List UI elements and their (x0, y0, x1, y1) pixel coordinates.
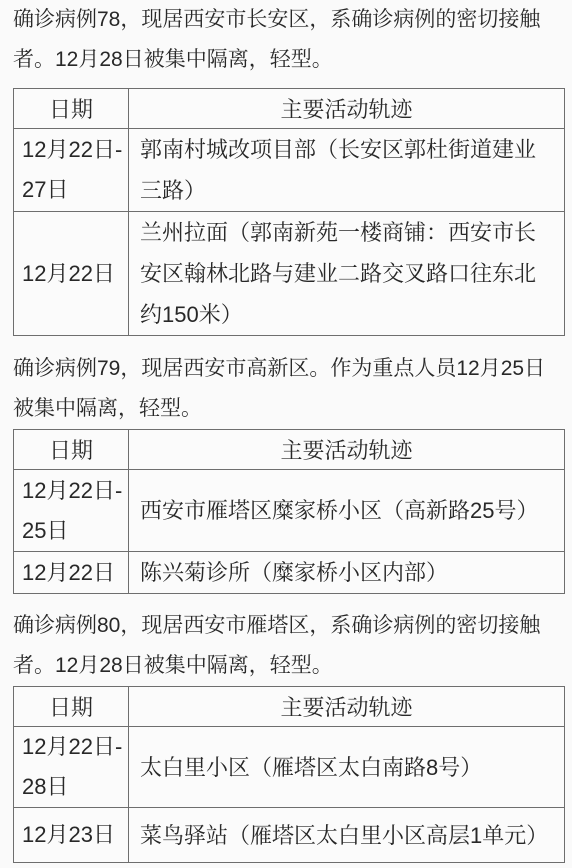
notice-page: 确诊病例78，现居西安市长安区，系确诊病例的密切接触者。12月28日被集中隔离，… (0, 0, 572, 863)
date-column-header: 日期 (14, 687, 129, 727)
track-cell: 兰州拉面（郭南新苑一楼商铺：西安市长安区翰林北路与建业二路交叉路口往东北约150… (129, 212, 565, 336)
case-78-description: 确诊病例78，现居西安市长安区，系确诊病例的密切接触者。12月28日被集中隔离，… (13, 0, 564, 80)
track-column-header: 主要活动轨迹 (129, 687, 565, 727)
date-cell: 12月22日- 28日 (14, 727, 129, 808)
track-cell: 菜鸟驿站（雁塔区太白里小区高层1单元） (129, 808, 565, 863)
track-cell: 太白里小区（雁塔区太白南路8号） (129, 727, 565, 808)
table-row: 12月23日 菜鸟驿站（雁塔区太白里小区高层1单元） (14, 808, 565, 863)
track-cell: 陈兴菊诊所（糜家桥小区内部） (129, 552, 565, 594)
date-column-header: 日期 (14, 89, 129, 129)
table-row: 12月22日- 27日 郭南村城改项目部（长安区郭杜街道建业三路） (14, 129, 565, 212)
table-row: 12月22日- 25日 西安市雁塔区糜家桥小区（高新路25号） (14, 470, 565, 552)
table-header-row: 日期 主要活动轨迹 (14, 89, 565, 129)
date-cell: 12月22日- 25日 (14, 470, 129, 552)
case-79-section: 确诊病例79，现居西安市高新区。作为重点人员12月25日被集中隔离，轻型。 日期… (13, 349, 564, 594)
date-cell: 12月22日- 27日 (14, 129, 129, 212)
date-cell: 12月22日 (14, 212, 129, 336)
case-80-description: 确诊病例80，现居西安市雁塔区，系确诊病例的密切接触者。12月28日被集中隔离，… (13, 606, 564, 686)
table-row: 12月22日- 28日 太白里小区（雁塔区太白南路8号） (14, 727, 565, 808)
track-column-header: 主要活动轨迹 (129, 430, 565, 470)
case-80-activity-table: 日期 主要活动轨迹 12月22日- 28日 太白里小区（雁塔区太白南路8号） 1… (13, 686, 565, 863)
track-cell: 西安市雁塔区糜家桥小区（高新路25号） (129, 470, 565, 552)
table-row: 12月22日 兰州拉面（郭南新苑一楼商铺：西安市长安区翰林北路与建业二路交叉路口… (14, 212, 565, 336)
date-cell: 12月22日 (14, 552, 129, 594)
case-78-activity-table: 日期 主要活动轨迹 12月22日- 27日 郭南村城改项目部（长安区郭杜街道建业… (13, 88, 565, 336)
date-column-header: 日期 (14, 430, 129, 470)
date-cell: 12月23日 (14, 808, 129, 863)
track-column-header: 主要活动轨迹 (129, 89, 565, 129)
table-header-row: 日期 主要活动轨迹 (14, 430, 565, 470)
table-header-row: 日期 主要活动轨迹 (14, 687, 565, 727)
table-row: 12月22日 陈兴菊诊所（糜家桥小区内部） (14, 552, 565, 594)
case-79-activity-table: 日期 主要活动轨迹 12月22日- 25日 西安市雁塔区糜家桥小区（高新路25号… (13, 429, 565, 594)
case-80-section: 确诊病例80，现居西安市雁塔区，系确诊病例的密切接触者。12月28日被集中隔离，… (13, 606, 564, 863)
case-78-section: 确诊病例78，现居西安市长安区，系确诊病例的密切接触者。12月28日被集中隔离，… (13, 0, 564, 336)
case-79-description: 确诊病例79，现居西安市高新区。作为重点人员12月25日被集中隔离，轻型。 (13, 349, 564, 429)
track-cell: 郭南村城改项目部（长安区郭杜街道建业三路） (129, 129, 565, 212)
